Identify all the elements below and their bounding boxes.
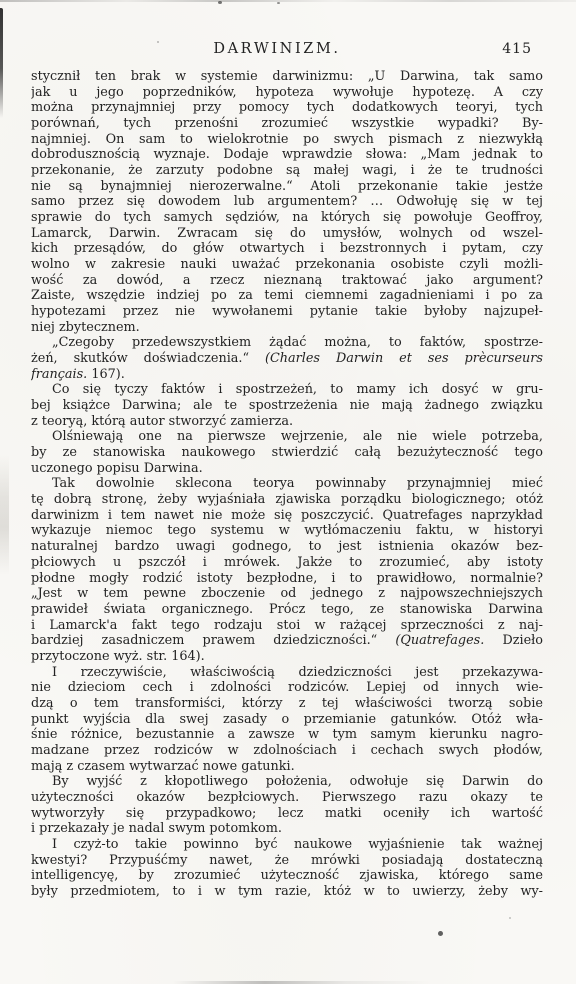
text-line: Olśniewają one na pierwsze wejrzenie, al… (31, 429, 543, 445)
text-line: porównań, tych przenośni zrozumieć wszys… (31, 116, 543, 132)
text-line: I czyż-to takie powinno być naukowe wyja… (31, 837, 543, 853)
text-line: tę dobrą stronę, żeby wyjaśniała zjawisk… (31, 492, 543, 508)
text-line: niej zbytecznem. (31, 320, 543, 336)
text-line: samo przez się dowodem lub argumentem? …… (31, 194, 543, 210)
text-line: żeń, skutków doświadczenia.“ (Charles Da… (31, 351, 543, 367)
text-line: bej książce Darwina; ale te spostrzeżeni… (31, 398, 543, 414)
paragraph: Tak dowolnie sklecona teorya powinnaby p… (31, 476, 543, 664)
text-line: wytworzyły się przypadkowo; lecz matki o… (31, 806, 543, 822)
running-head: DARWINIZM. 415 (31, 41, 543, 59)
scan-streak-left (0, 455, 9, 575)
paragraph: Olśniewają one na pierwsze wejrzenie, al… (31, 429, 543, 476)
text-line: bardziej zasadniczem prawem dziedzicznoś… (31, 633, 543, 649)
text-line: przekonanie, że zarzuty podobne są małej… (31, 163, 543, 179)
text-line: przytoczone wyż. str. 164). (31, 649, 543, 665)
paragraph: stycznił ten brak w systemie darwinizmu:… (31, 69, 543, 335)
text-line: by ze stanowiska naukowego stwierdzić ca… (31, 445, 543, 461)
ink-speck (218, 1, 222, 4)
ink-speck (438, 931, 443, 936)
text-line: z teoryą, którą autor stworzyć zamierza. (31, 414, 543, 430)
text-line: punkt wyjścia dla swej zasady o przemian… (31, 712, 543, 728)
text-line: mają z czasem wytwarzać nowe gatunki. (31, 759, 543, 775)
paragraph: Co się tyczy faktów i spostrzeżeń, to ma… (31, 382, 543, 429)
text-line: „Czegoby przedewszystkiem żądać można, t… (31, 335, 543, 351)
text-line: kwestyi? Przypuśćmy nawet, że mrówki pos… (31, 853, 543, 869)
text-line: jak u jego poprzedników, hypoteza wywołu… (31, 85, 543, 101)
text-line: Zaiste, wszędzie indziej po za temi ciem… (31, 288, 543, 304)
text-line: naturalnej bardzo uwagi godnego, to jest… (31, 539, 543, 555)
text-line: madzane przez rodziców w zdolnościach i … (31, 743, 543, 759)
text-line: śnie różnice, bezustannie a zawsze w tym… (31, 727, 543, 743)
text-line: I rzeczywiście, właściwością dziedziczno… (31, 665, 543, 681)
book-page-scan: DARWINIZM. 415 stycznił ten brak w syste… (0, 0, 576, 984)
paragraph: I rzeczywiście, właściwością dziedziczno… (31, 665, 543, 775)
text-line: płciowych u pszczół i mrówek. Jakże to z… (31, 555, 543, 571)
paragraph: By wyjść z kłopotliwego położenia, odwoł… (31, 774, 543, 837)
text-line: nie są bynajmniej nierozerwalne.“ Atoli … (31, 179, 543, 195)
text-line: wykazuje niemoc tego systemu w wytłómacz… (31, 523, 543, 539)
body-text: stycznił ten brak w systemie darwinizmu:… (31, 69, 543, 900)
scan-edge-left (0, 8, 3, 118)
text-line: uczonego popisu Darwina. (31, 461, 543, 477)
text-line: dobrodusznością wyznaje. Dodaje wprawdzi… (31, 147, 543, 163)
text-run: żeń, skutków doświadczenia.“ (31, 351, 265, 366)
text-line: wolno w zakresie nauki uważać przekonani… (31, 257, 543, 273)
text-line: dzą o tem transformiści, którzy z tej wł… (31, 696, 543, 712)
text-line: sprawie do tych samych sędziów, na który… (31, 210, 543, 226)
text-line: Lamarck, Darwin. Zwracam się do umysłów,… (31, 226, 543, 242)
italic-citation: français. (31, 367, 87, 382)
text-line: hypotezami przez nie wywołanemi pytanie … (31, 304, 543, 320)
text-run: Dzieło (484, 633, 543, 648)
ink-speck (277, 2, 280, 4)
scan-edge-top (0, 0, 576, 2)
italic-citation: (Charles Darwin et ses prècurseurs (265, 351, 543, 366)
page-number: 415 (502, 41, 532, 57)
text-line: i przekazały je nadal swym potomkom. (31, 821, 543, 837)
text-line: „Jest w tem pewne zboczenie od jednego z… (31, 586, 543, 602)
text-line: można przynajmniej przy pomocy tych doda… (31, 100, 543, 116)
text-run: 167). (87, 367, 125, 382)
text-line: nie dzieciom cech i zdolności rodziców. … (31, 680, 543, 696)
text-line: kich przesądów, do głów otwartych i bezs… (31, 241, 543, 257)
text-line: français. 167). (31, 367, 543, 383)
text-line: i Lamarck'a fakt tego rodzaju stoi w raż… (31, 618, 543, 634)
text-line: płodne mogły rodzić istoty bezpłodne, i … (31, 571, 543, 587)
text-line: Tak dowolnie sklecona teorya powinnaby p… (31, 476, 543, 492)
text-line: By wyjść z kłopotliwego położenia, odwoł… (31, 774, 543, 790)
page-title: DARWINIZM. (213, 41, 340, 57)
text-line: intelligencyę, by zrozumieć użyteczność … (31, 868, 543, 884)
text-line: najmniej. On sam to wielokrotnie po swyc… (31, 132, 543, 148)
text-line: Co się tyczy faktów i spostrzeżeń, to ma… (31, 382, 543, 398)
text-line: darwinizm i tem nawet nie może się poszc… (31, 508, 543, 524)
text-run: bardziej zasadniczem prawem dziedzicznoś… (31, 633, 395, 648)
text-line: prawideł świata organicznego. Prócz tego… (31, 602, 543, 618)
paragraph: I czyż-to takie powinno być naukowe wyja… (31, 837, 543, 900)
ink-speck (509, 917, 511, 919)
text-line: były przedmiotem, to i w tym razie, któż… (31, 884, 543, 900)
text-line: wość za dowód, a rzecz nieznaną traktowa… (31, 273, 543, 289)
text-line: stycznił ten brak w systemie darwinizmu:… (31, 69, 543, 85)
paragraph: „Czegoby przedewszystkiem żądać można, t… (31, 335, 543, 382)
italic-citation: (Quatrefages. (395, 633, 484, 648)
text-line: użyteczności okazów bezpłciowych. Pierws… (31, 790, 543, 806)
